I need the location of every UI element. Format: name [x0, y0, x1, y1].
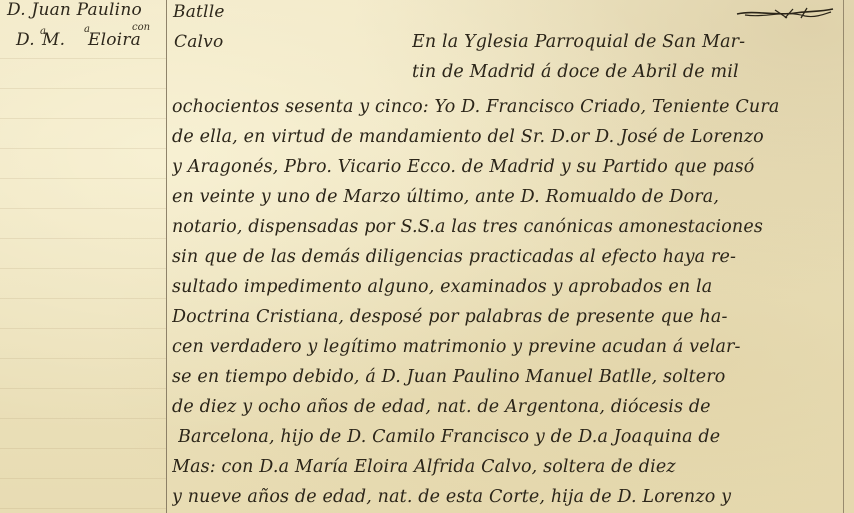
body-line-8: sin que de las demás diligencias practic… — [172, 247, 840, 267]
body-line-15: Mas: con D.a María Eloira Alfrida Calvo,… — [172, 457, 840, 477]
ruled-line — [0, 328, 166, 329]
margin-bride-initial: M. — [42, 30, 65, 50]
ruled-line — [0, 358, 166, 359]
margin-groom-name: D. Juan Paulino — [7, 0, 142, 20]
margin-bride-prefix: D. — [16, 30, 35, 50]
ruled-line — [0, 388, 166, 389]
body-line-2: tin de Madrid á doce de Abril de mil — [412, 62, 842, 82]
body-line-10: Doctrina Cristiana, desposé por palabras… — [172, 307, 840, 327]
pen-flourish-icon — [735, 6, 835, 22]
ruled-line — [0, 238, 166, 239]
body-line-4: de ella, en virtud de mandamiento del Sr… — [172, 127, 840, 147]
ruled-line — [0, 58, 166, 59]
ruled-line — [0, 88, 166, 89]
margin-vertical-rule — [166, 0, 167, 513]
body-line-6: en veinte y uno de Marzo último, ante D.… — [172, 187, 840, 207]
body-line-16: y nueve años de edad, nat. de esta Corte… — [172, 487, 840, 507]
margin-bride-surname: Calvo — [174, 32, 223, 52]
ruled-line — [0, 118, 166, 119]
ruled-line — [0, 448, 166, 449]
ruled-line — [0, 298, 166, 299]
body-line-1: En la Yglesia Parroquial de San Mar- — [412, 32, 842, 52]
margin-bride-name: Eloira — [88, 30, 141, 50]
margin-groom-surname: Batlle — [173, 2, 225, 22]
document-page: D. Juan Paulino Batlle D. a M. a Eloira … — [0, 0, 854, 513]
body-line-11: cen verdadero y legítimo matrimonio y pr… — [172, 337, 840, 357]
body-line-9: sultado impedimento alguno, examinados y… — [172, 277, 840, 297]
body-line-7: notario, dispensadas por S.S.a las tres … — [172, 217, 840, 237]
ruled-line — [0, 418, 166, 419]
ruled-line — [0, 178, 166, 179]
body-line-3: ochocientos sesenta y cinco: Yo D. Franc… — [172, 97, 840, 117]
body-line-5: y Aragonés, Pbro. Vicario Ecco. de Madri… — [172, 157, 840, 177]
ruled-line — [0, 508, 166, 509]
margin-connector-con: con — [132, 22, 150, 33]
ruled-line — [0, 268, 166, 269]
body-line-12: se en tiempo debido, á D. Juan Paulino M… — [172, 367, 840, 387]
body-line-14: Barcelona, hijo de D. Camilo Francisco y… — [178, 427, 846, 447]
body-line-13: de diez y ocho años de edad, nat. de Arg… — [172, 397, 840, 417]
ruled-line — [0, 208, 166, 209]
ruled-line — [0, 478, 166, 479]
ruled-line — [0, 148, 166, 149]
